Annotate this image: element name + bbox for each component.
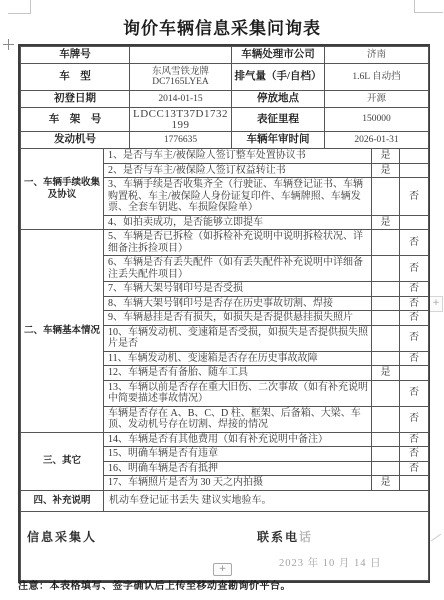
question-text: 16、明确车辆是否有抵押: [104, 461, 372, 476]
answer-no-cell: 否: [400, 380, 429, 406]
displacement-value: 1.6L 自动挡: [325, 64, 429, 91]
plate-number-value: [130, 47, 232, 64]
annual-inspection-label: 车辆年审时间: [232, 132, 325, 149]
answer-yes-cell: [372, 351, 400, 366]
vehicle-info-table: 车牌号 车辆处理市公司 济南 车 型 东风雪铁龙牌 DC7165LYEA 排气量…: [20, 46, 429, 149]
answer-yes-cell: [372, 178, 400, 216]
answer-yes-cell: [372, 325, 400, 351]
answer-no-cell: 否: [400, 311, 429, 326]
question-text: 9、车辆悬挂是否有损失，如损失是否提供悬挂损失照片: [104, 311, 372, 326]
answer-no-cell: 否: [400, 230, 429, 256]
collector-label: 信息采集人: [27, 532, 97, 544]
plus-icon: +: [432, 298, 440, 308]
contact-phone-label: 联系电话: [257, 532, 313, 544]
answer-no-cell: [400, 163, 429, 178]
section-4-label: 四、补充说明: [21, 490, 104, 511]
answer-yes-cell: [372, 406, 400, 432]
engine-number-label: 发动机号: [21, 132, 130, 149]
answer-no-cell: [400, 215, 429, 230]
page-artifact-mark: [431, 534, 441, 542]
question-text: 2、是否与车主/被保险人签订权益转让书: [104, 163, 372, 178]
resize-handle-plus-icon[interactable]: +: [430, 296, 443, 312]
answer-no-cell: [400, 149, 429, 164]
handling-company-value: 济南: [325, 47, 429, 64]
parking-location-value: 开源: [325, 91, 429, 108]
model-value: 东风雪铁龙牌 DC7165LYEA: [130, 64, 232, 91]
word-page: { "page": { "title": "询价车辆信息采集问询表", "foo…: [0, 0, 444, 600]
question-table: 一、车辆手续收集及协议 1、是否与车主/被保险人签订整车处置协议书 是 2、是否…: [20, 148, 429, 581]
engine-number-value: 1776635: [130, 132, 232, 149]
contact-phone-label-tail: 话: [299, 530, 313, 544]
crop-mark-top-left-vertical: [30, 0, 31, 13]
answer-yes-cell: [372, 256, 400, 282]
answer-no-cell: 否: [400, 351, 429, 366]
question-text: 6、车辆是否有丢失配件（如有丢失配件补充说明中详细备注丢失配件项目）: [104, 256, 372, 282]
question-text: 5、车辆是否已拆检（如拆检补充说明中说明拆检状况、详细备注拆捡项目）: [104, 230, 372, 256]
crop-mark-top-right-horizontal: [414, 12, 443, 13]
supplement-row: 四、补充说明 机动车登记证书丢失 建议实地验车。: [21, 490, 429, 511]
question-text: 15、明确车辆是否有违章: [104, 447, 372, 462]
page-title: 询价车辆信息采集问询表: [0, 14, 444, 42]
answer-no-cell: 否: [400, 296, 429, 311]
first-registration-value: 2014-01-15: [130, 91, 232, 108]
section-1-label: 一、车辆手续收集及协议: [21, 149, 104, 230]
inquiry-form-table: 车牌号 车辆处理市公司 济南 车 型 东风雪铁龙牌 DC7165LYEA 排气量…: [18, 44, 430, 583]
footer-note: 注意：本表格填写、签字确认后上传至移动查勘询价平台。: [18, 577, 291, 592]
crop-mark-top-left-horizontal: [8, 13, 31, 14]
question-row: 一、车辆手续收集及协议 1、是否与车主/被保险人签订整车处置协议书 是: [21, 149, 429, 164]
vin-value: LDCC13T37D1732199: [130, 108, 232, 132]
section-3-label: 三、其它: [21, 432, 104, 490]
answer-no-cell: 否: [400, 447, 429, 462]
answer-yes-cell: [372, 461, 400, 476]
answer-yes-cell: 是: [372, 366, 400, 381]
answer-yes-cell: [372, 311, 400, 326]
signature-date: 2023 年 10 月 14 日: [279, 558, 382, 570]
add-table-button[interactable]: +: [213, 563, 232, 576]
question-text: 3、车辆手续是否收集齐全（行驶证、车辆登记证书、车辆购置税、车主/被保险人身份证…: [104, 178, 372, 216]
question-text: 13、车辆以前是否存在重大旧伤、二次事故（如有补充说明中简要描述事故情况）: [104, 380, 372, 406]
question-text: 8、车辆大架号钢印号是否存在历史事故切割、焊接: [104, 296, 372, 311]
contact-phone-label-main: 联系电: [257, 530, 299, 544]
answer-yes-cell: 是: [372, 163, 400, 178]
table-row: 车 架 号 LDCC13T37D1732199 表征里程 150000: [21, 108, 429, 132]
section-2-label: 二、车辆基本情况: [21, 230, 104, 433]
mileage-value: 150000: [325, 108, 429, 132]
question-text: 12、车辆是否有备胎、随车工具: [104, 366, 372, 381]
answer-yes-cell: [372, 230, 400, 256]
displacement-label: 排气量（手/自档）: [232, 64, 325, 91]
first-registration-label: 初登日期: [21, 91, 130, 108]
table-row: 车 型 东风雪铁龙牌 DC7165LYEA 排气量（手/自档） 1.6L 自动挡: [21, 64, 429, 91]
question-text: 11、车辆发动机、变速箱是否存在历史事故故障: [104, 351, 372, 366]
handling-company-label: 车辆处理市公司: [232, 47, 325, 64]
answer-yes-cell: [372, 432, 400, 447]
answer-no-cell: 否: [400, 461, 429, 476]
answer-no-cell: [400, 366, 429, 381]
answer-no-cell: 否: [400, 282, 429, 297]
table-move-handle-icon[interactable]: [2, 38, 15, 51]
question-text: 14、车辆是否有其他费用（如有补充说明中备注）: [104, 432, 372, 447]
table-row: 发动机号 1776635 车辆年审时间 2026-01-31: [21, 132, 429, 149]
table-row: 初登日期 2014-01-15 停放地点 开源: [21, 91, 429, 108]
answer-yes-cell: [372, 447, 400, 462]
crop-mark-top-right-vertical: [414, 0, 415, 12]
question-text: 17、车辆照片是否为 30 天之内拍摄: [104, 476, 372, 491]
answer-yes-cell: [372, 296, 400, 311]
table-row: 车牌号 车辆处理市公司 济南: [21, 47, 429, 64]
question-text: 1、是否与车主/被保险人签订整车处置协议书: [104, 149, 372, 164]
answer-yes-cell: [372, 282, 400, 297]
answer-no-cell: 否: [400, 406, 429, 432]
answer-no-cell: 否: [400, 325, 429, 351]
annual-inspection-value: 2026-01-31: [325, 132, 429, 149]
answer-yes-cell: [372, 380, 400, 406]
answer-yes-cell: 是: [372, 476, 400, 491]
plus-icon: +: [219, 564, 227, 574]
mileage-label: 表征里程: [232, 108, 325, 132]
supplement-note: 机动车登记证书丢失 建议实地验车。: [104, 490, 429, 511]
answer-yes-cell: 是: [372, 215, 400, 230]
answer-no-cell: 否: [400, 256, 429, 282]
question-text: 车辆是否存在 A、B、C、D 柱、框架、后备箱、大梁、车顶、发动机号存在切割、焊…: [104, 406, 372, 432]
answer-no-cell: 否: [400, 178, 429, 216]
question-text: 4、如拍卖成功，是否能够立即提车: [104, 215, 372, 230]
model-label: 车 型: [21, 64, 130, 91]
question-text: 10、车辆发动机、变速箱是否受损，如损失是否提供损失照片是否: [104, 325, 372, 351]
question-text: 7、车辆大架号钢印号是否受损: [104, 282, 372, 297]
question-row: 三、其它 14、车辆是否有其他费用（如有补充说明中备注） 否: [21, 432, 429, 447]
answer-no-cell: [400, 476, 429, 491]
parking-location-label: 停放地点: [232, 91, 325, 108]
question-row: 二、车辆基本情况 5、车辆是否已拆检（如拆检补充说明中说明拆检状况、详细备注拆捡…: [21, 230, 429, 256]
plate-number-label: 车牌号: [21, 47, 130, 64]
answer-no-cell: 否: [400, 432, 429, 447]
vin-label: 车 架 号: [21, 108, 130, 132]
answer-yes-cell: 是: [372, 149, 400, 164]
